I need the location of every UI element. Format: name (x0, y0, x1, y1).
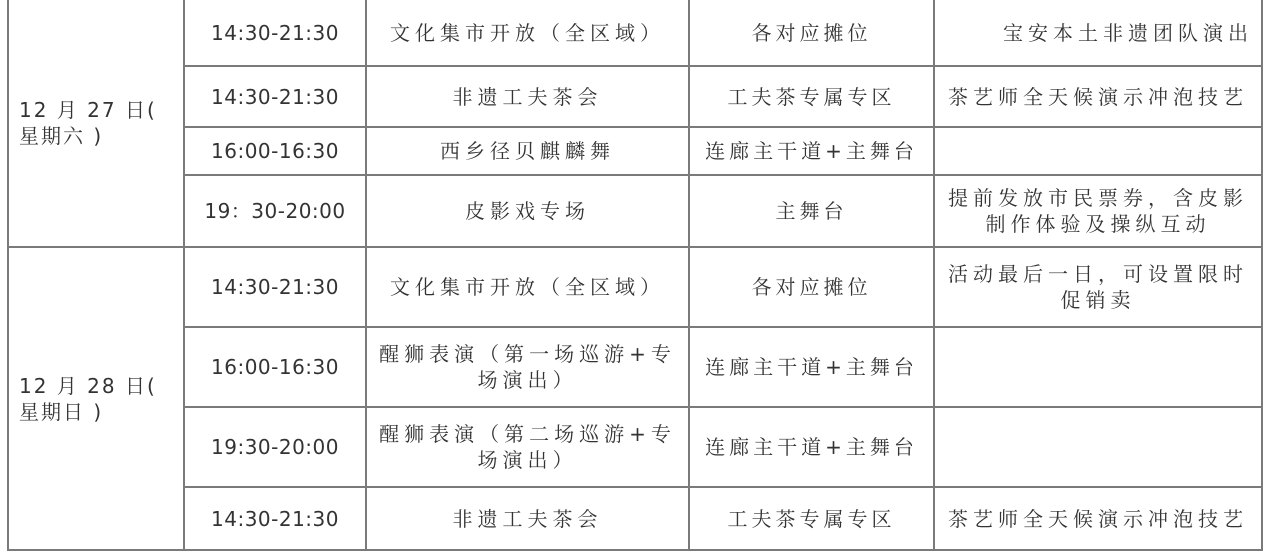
note-cell: 提前发放市民票券，含皮影制作体验及操纵互动 (934, 175, 1262, 247)
table-row: 12 月 28 日( 星期日 ) 14:30-21:30 文化集市开放（全区域）… (8, 247, 1262, 327)
location-cell: 连廊主干道+主舞台 (689, 407, 934, 487)
note-cell: 茶艺师全天候演示冲泡技艺 (934, 487, 1262, 550)
activity-cell: 文化集市开放（全区域） (366, 247, 689, 327)
time-cell: 14:30-21:30 (184, 247, 366, 327)
note-cell: 活动最后一日，可设置限时促销卖 (934, 247, 1262, 327)
time-cell: 14:30-21:30 (184, 487, 366, 550)
table-row: 14:30-21:30 非遗工夫茶会 工夫茶专属专区 茶艺师全天候演示冲泡技艺 (8, 66, 1262, 127)
note-cell (934, 407, 1262, 487)
time-cell: 14:30-21:30 (184, 66, 366, 127)
activity-cell: 醒狮表演（第二场巡游+专场演出） (366, 407, 689, 487)
note-cell: 宝安本土非遗团队演出 (934, 0, 1262, 66)
activity-cell: 文化集市开放（全区域） (366, 0, 689, 66)
table-row: 19：30-20:00 皮影戏专场 主舞台 提前发放市民票券，含皮影制作体验及操… (8, 175, 1262, 247)
note-cell: 茶艺师全天候演示冲泡技艺 (934, 66, 1262, 127)
time-cell: 16:00-16:30 (184, 327, 366, 407)
note-cell (934, 327, 1262, 407)
table-row: 19:30-20:00 醒狮表演（第二场巡游+专场演出） 连廊主干道+主舞台 (8, 407, 1262, 487)
activity-cell: 皮影戏专场 (366, 175, 689, 247)
table-row: 12 月 27 日( 星期六 ) 14:30-21:30 文化集市开放（全区域）… (8, 0, 1262, 66)
location-cell: 各对应摊位 (689, 0, 934, 66)
time-cell: 19：30-20:00 (184, 175, 366, 247)
location-cell: 主舞台 (689, 175, 934, 247)
event-schedule-table: 12 月 27 日( 星期六 ) 14:30-21:30 文化集市开放（全区域）… (7, 0, 1263, 551)
time-cell: 19:30-20:00 (184, 407, 366, 487)
activity-cell: 西乡径贝麒麟舞 (366, 127, 689, 175)
activity-cell: 醒狮表演（第一场巡游+专场演出） (366, 327, 689, 407)
activity-cell: 非遗工夫茶会 (366, 487, 689, 550)
table-row: 14:30-21:30 非遗工夫茶会 工夫茶专属专区 茶艺师全天候演示冲泡技艺 (8, 487, 1262, 550)
time-cell: 16:00-16:30 (184, 127, 366, 175)
location-cell: 工夫茶专属专区 (689, 487, 934, 550)
note-cell (934, 127, 1262, 175)
date-cell: 12 月 28 日( 星期日 ) (8, 247, 184, 550)
table-row: 16:00-16:30 西乡径贝麒麟舞 连廊主干道+主舞台 (8, 127, 1262, 175)
time-cell: 14:30-21:30 (184, 0, 366, 66)
location-cell: 连廊主干道+主舞台 (689, 327, 934, 407)
location-cell: 各对应摊位 (689, 247, 934, 327)
location-cell: 连廊主干道+主舞台 (689, 127, 934, 175)
location-cell: 工夫茶专属专区 (689, 66, 934, 127)
table-row: 16:00-16:30 醒狮表演（第一场巡游+专场演出） 连廊主干道+主舞台 (8, 327, 1262, 407)
activity-cell: 非遗工夫茶会 (366, 66, 689, 127)
date-cell: 12 月 27 日( 星期六 ) (8, 0, 184, 247)
